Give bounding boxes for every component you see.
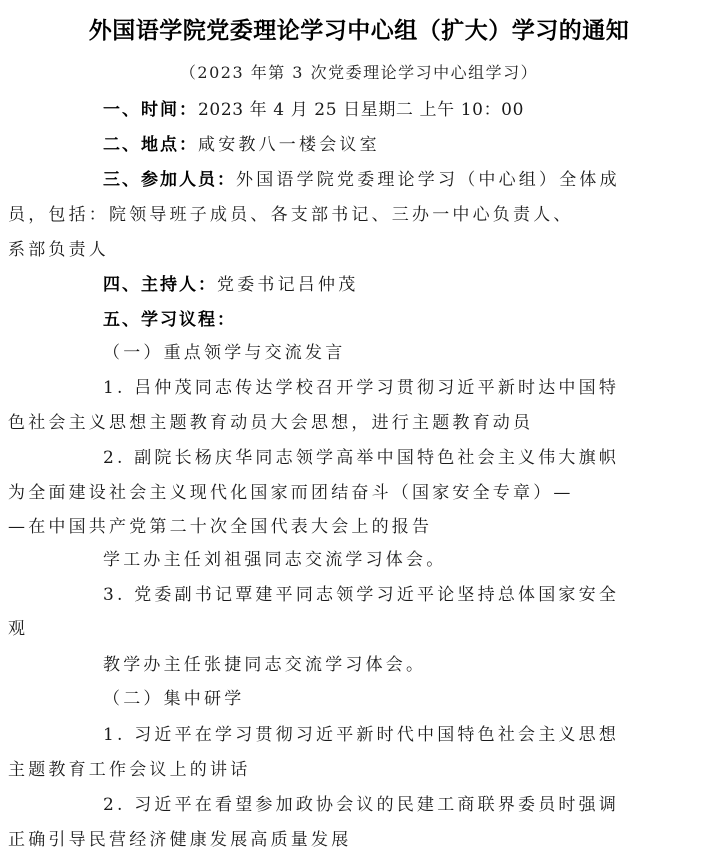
section-participants-value-1: 外国语学院党委理论学习（中心组）全体成 [236, 170, 620, 190]
agenda-part2-heading: （二）集中研学 [103, 684, 713, 709]
agenda-part2-item2-line1: 2. 习近平在看望参加政协会议的民建工商联界委员时强调 [103, 790, 713, 815]
section-time-value: 2023 年 4 月 25 日星期二 上午 10：00 [198, 100, 524, 120]
document-subtitle: （2023 年第 3 次党委理论学习中心组学习） [0, 60, 718, 83]
section-host-label: 四、主持人： [103, 275, 217, 295]
document-page: 外国语学院党委理论学习中心组（扩大）学习的通知 （2023 年第 3 次党委理论… [0, 0, 718, 850]
section-place-value: 咸安教八一楼会议室 [198, 135, 380, 155]
agenda-part1-item2-line3: —在中国共产党第二十次全国代表大会上的报告 [8, 512, 618, 537]
agenda-part2-item2-line2: 正确引导民营经济健康发展高质量发展 [8, 825, 618, 850]
agenda-part1-item2-line2: 为全面建设社会主义现代化国家而团结奋斗（国家安全专章）— [8, 478, 618, 503]
agenda-part2-item1-line2: 主题教育工作会议上的讲话 [8, 755, 618, 780]
section-agenda: 五、学习议程： [103, 305, 713, 330]
agenda-part1-heading: （一）重点领学与交流发言 [103, 338, 713, 363]
agenda-part1-item1-line2: 色社会主义思想主题教育动员大会思想，进行主题教育动员 [8, 408, 618, 433]
agenda-part1-item2-line1: 2. 副院长杨庆华同志领学高举中国特色社会主义伟大旗帜 [103, 443, 713, 468]
section-place-label: 二、地点： [103, 135, 198, 155]
section-agenda-label: 五、学习议程： [103, 310, 236, 330]
section-host-value: 党委书记吕仲茂 [217, 275, 358, 295]
agenda-part1-item3-line1: 3. 党委副书记覃建平同志领学习近平论坚持总体国家安全 [103, 580, 713, 605]
section-participants-line-3: 系部负责人 [8, 235, 618, 260]
section-participants-line-2: 员，包括：院领导班子成员、各支部书记、三办一中心负责人、 [8, 200, 618, 225]
agenda-part1-item3-exchange: 教学办主任张捷同志交流学习体会。 [103, 650, 713, 675]
section-participants: 三、参加人员：外国语学院党委理论学习（中心组）全体成 [103, 165, 713, 190]
section-participants-label: 三、参加人员： [103, 170, 236, 190]
section-time: 一、时间：2023 年 4 月 25 日星期二 上午 10：00 [103, 95, 713, 120]
document-title: 外国语学院党委理论学习中心组（扩大）学习的通知 [0, 12, 718, 45]
section-place: 二、地点：咸安教八一楼会议室 [103, 130, 713, 155]
section-time-label: 一、时间： [103, 100, 198, 120]
section-host: 四、主持人：党委书记吕仲茂 [103, 270, 713, 295]
agenda-part1-item2-exchange: 学工办主任刘祖强同志交流学习体会。 [103, 545, 713, 570]
agenda-part1-item3-line2: 观 [8, 614, 618, 639]
agenda-part2-item1-line1: 1. 习近平在学习贯彻习近平新时代中国特色社会主义思想 [103, 720, 713, 745]
agenda-part1-item1-line1: 1. 吕仲茂同志传达学校召开学习贯彻习近平新时达中国特 [103, 373, 713, 398]
